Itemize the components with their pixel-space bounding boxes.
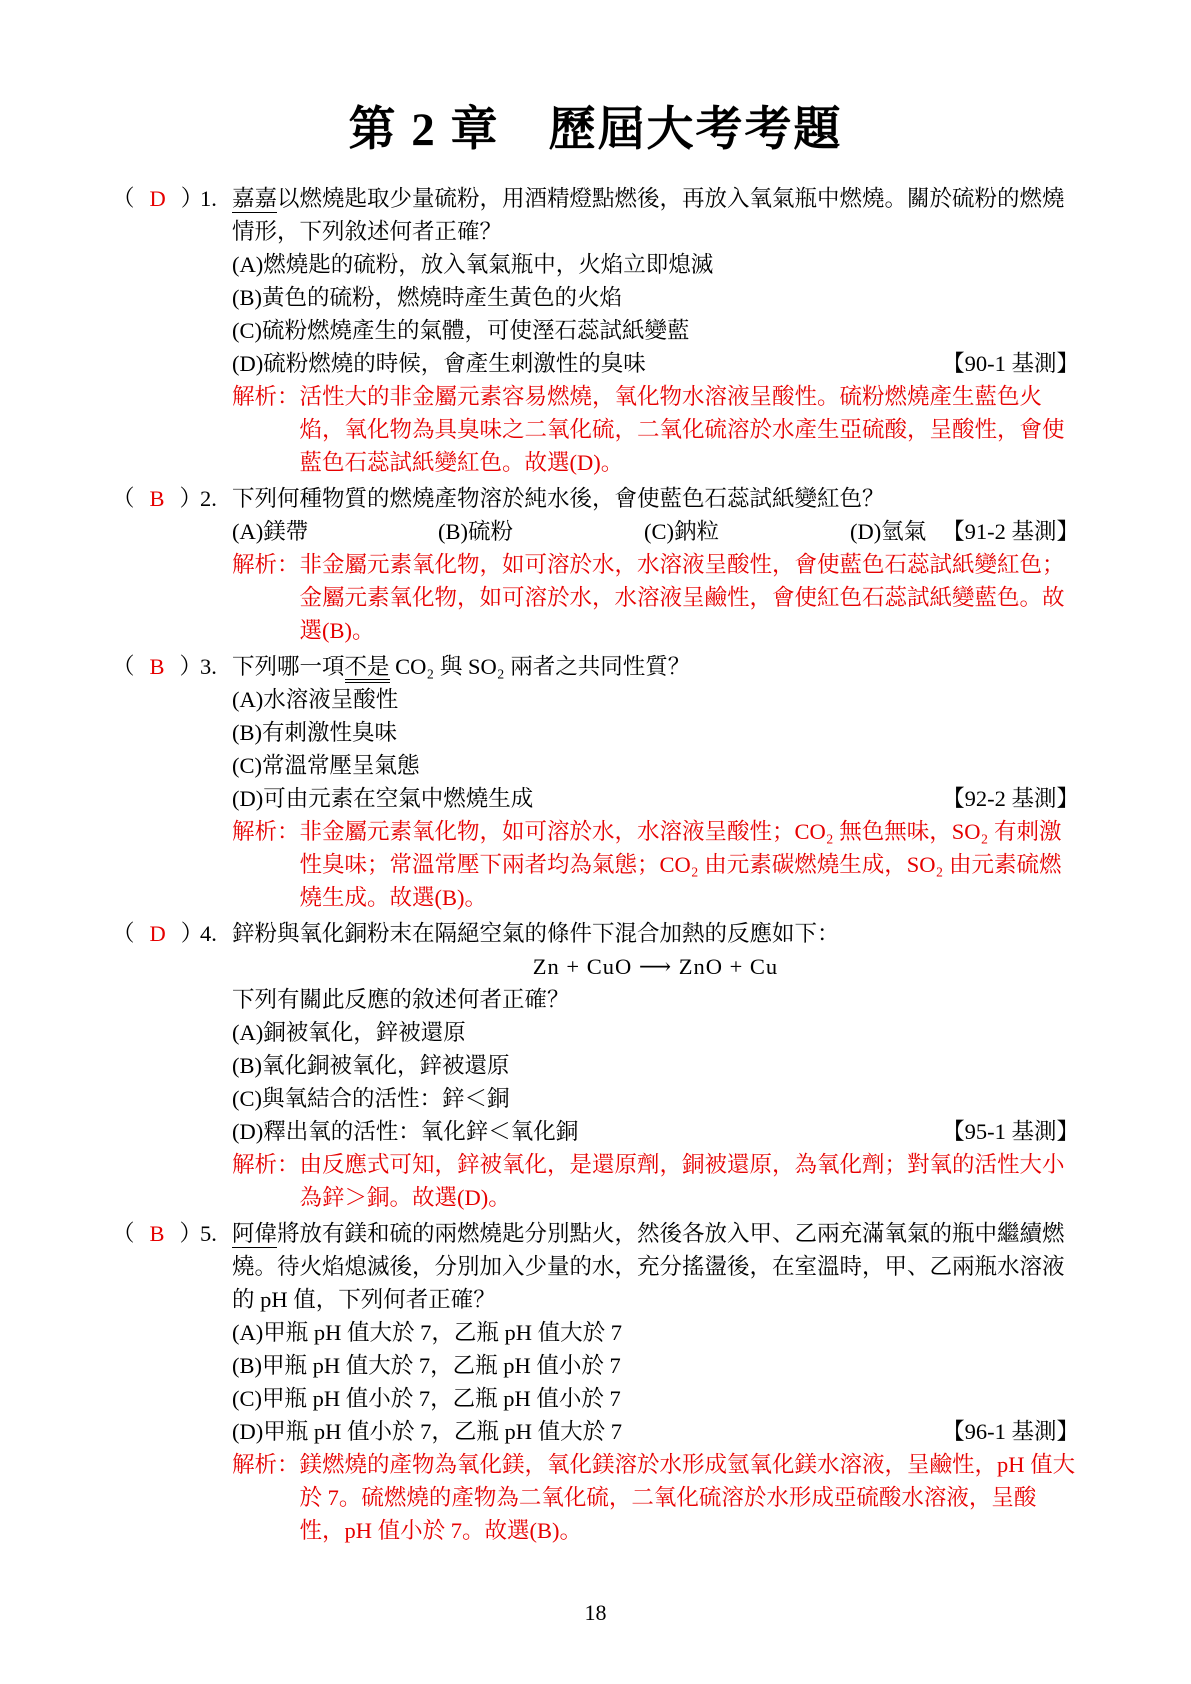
option-text: 氧化銅被氧化，鋅被還原 <box>262 1053 510 1078</box>
option-label: (C) <box>232 753 262 778</box>
answer-open-paren: （ <box>112 921 135 946</box>
option-label: (C) <box>644 519 674 544</box>
option-line: (B)有刺激性臭味 <box>232 716 1079 749</box>
answer-letter: B <box>135 486 180 511</box>
answer-cell: （B） <box>112 482 200 647</box>
option-label: (A) <box>232 252 263 277</box>
question: （B）5.阿偉將放有鎂和硫的兩燃燒匙分別點火，然後各放入甲、乙兩充滿氧氣的瓶中繼… <box>112 1217 1079 1547</box>
option-line: (A)水溶液呈酸性 <box>232 683 1079 716</box>
analysis-text: 鎂燃燒的產物為氧化鎂，氧化鎂溶於水形成氫氧化鎂水溶液，呈鹼性，pH 值大於 7。… <box>300 1448 1079 1547</box>
option-label: (D) <box>850 519 881 544</box>
answer-cell: （B） <box>112 650 200 914</box>
option-line: (C)硫粉燃燒產生的氣體，可使溼石蕊試紙變藍 <box>232 314 1079 347</box>
option-D: (D)氫氣 <box>850 515 926 548</box>
option-B: (B)有刺激性臭味 <box>232 716 397 749</box>
option-C: (C)鈉粒 <box>644 515 850 548</box>
answer-open-paren: （ <box>112 1221 135 1246</box>
option-C: (C)硫粉燃燒產生的氣體，可使溼石蕊試紙變藍 <box>232 314 690 347</box>
option-line: (B)黃色的硫粉，燃燒時產生黃色的火焰 <box>232 281 1079 314</box>
option-line: (D)硫粉燃燒的時候，會產生刺激性的臭味【90-1 基測】 <box>232 347 1079 380</box>
answer-cell: （D） <box>112 917 200 1214</box>
option-label: (B) <box>232 1053 262 1078</box>
question-body: 阿偉將放有鎂和硫的兩燃燒匙分別點火，然後各放入甲、乙兩充滿氧氣的瓶中繼續燃燒。待… <box>232 1217 1079 1547</box>
option-D: (D)甲瓶 pH 值小於 7，乙瓶 pH 值大於 7 <box>232 1415 622 1448</box>
stem-text: 下列何種物質的燃燒產物溶於純水後，會使藍色石蕊試紙變紅色？ <box>232 486 885 511</box>
option-D: (D)硫粉燃燒的時候，會產生刺激性的臭味 <box>232 347 646 380</box>
source-tag: 【91-2 基測】 <box>942 515 1079 548</box>
option-line: (D)甲瓶 pH 值小於 7，乙瓶 pH 值大於 7【96-1 基測】 <box>232 1415 1079 1448</box>
option-line: (D)可由元素在空氣中燃燒生成【92-2 基測】 <box>232 782 1079 815</box>
option-label: (D) <box>232 1419 263 1444</box>
option-text: 鈉粒 <box>674 519 719 544</box>
option-text: 硫粉 <box>468 519 513 544</box>
option-A: (A)鎂帶 <box>232 515 438 548</box>
question: （D）4.鋅粉與氧化銅粉末在隔絕空氣的條件下混合加熱的反應如下：Zn + CuO… <box>112 917 1079 1214</box>
question-body: 下列何種物質的燃燒產物溶於純水後，會使藍色石蕊試紙變紅色？(A)鎂帶(B)硫粉(… <box>232 482 1079 647</box>
source-tag: 【95-1 基測】 <box>942 1115 1079 1148</box>
option-text: 與氧結合的活性：鋅＜銅 <box>262 1086 510 1111</box>
underlined-text: 嘉嘉 <box>232 186 277 213</box>
option-text: 水溶液呈酸性 <box>263 687 398 712</box>
analysis-block: 解析：鎂燃燒的產物為氧化鎂，氧化鎂溶於水形成氫氧化鎂水溶液，呈鹼性，pH 值大於… <box>232 1448 1079 1547</box>
answer-open-paren: （ <box>112 186 135 211</box>
option-label: (B) <box>232 720 262 745</box>
option-line: (B)甲瓶 pH 值大於 7，乙瓶 pH 值小於 7 <box>232 1349 1079 1382</box>
option-text: 釋出氧的活性：氧化鋅＜氧化銅 <box>263 1119 578 1144</box>
analysis-block: 解析：非金屬元素氧化物，如可溶於水，水溶液呈酸性，會使藍色石蕊試紙變紅色；金屬元… <box>232 548 1079 647</box>
underlined-text: 阿偉 <box>232 1221 277 1248</box>
question: （B）3.下列哪一項不是 CO₂ 與 SO₂ 兩者之共同性質？(A)水溶液呈酸性… <box>112 650 1079 914</box>
answer-cell: （B） <box>112 1217 200 1547</box>
answer-close-paren: ） <box>180 654 203 679</box>
option-label: (B) <box>232 1353 262 1378</box>
option-C: (C)與氧結合的活性：鋅＜銅 <box>232 1082 510 1115</box>
option-A: (A)水溶液呈酸性 <box>232 683 398 716</box>
document-page: 第 2 章 歷屆大考考題 （D）1.嘉嘉以燃燒匙取少量硫粉，用酒精燈點燃後，再放… <box>0 0 1191 1684</box>
option-B: (B)氧化銅被氧化，鋅被還原 <box>232 1049 510 1082</box>
option-label: (A) <box>232 687 263 712</box>
answer-letter: B <box>135 1221 180 1246</box>
page-number: 18 <box>0 1600 1191 1626</box>
option-line: (B)氧化銅被氧化，鋅被還原 <box>232 1049 1079 1082</box>
question-number: 1. <box>200 182 232 479</box>
option-text: 甲瓶 pH 值大於 7，乙瓶 pH 值小於 7 <box>262 1353 621 1378</box>
analysis-label: 解析： <box>232 380 300 479</box>
stem-text: 以燃燒匙取少量硫粉，用酒精燈點燃後，再放入氧氣瓶中燃燒。關於硫粉的燃燒情形，下列… <box>232 186 1065 244</box>
option-label: (A) <box>232 1020 263 1045</box>
option-text: 甲瓶 pH 值小於 7，乙瓶 pH 值小於 7 <box>262 1386 621 1411</box>
option-text: 硫粉燃燒的時候，會產生刺激性的臭味 <box>263 351 646 376</box>
answer-close-paren: ） <box>180 1221 203 1246</box>
option-text: 鎂帶 <box>263 519 308 544</box>
option-D: (D)可由元素在空氣中燃燒生成 <box>232 782 533 815</box>
option-text: 甲瓶 pH 值小於 7，乙瓶 pH 值大於 7 <box>263 1419 622 1444</box>
option-A: (A)銅被氧化，鋅被還原 <box>232 1016 466 1049</box>
option-text: 銅被氧化，鋅被還原 <box>263 1020 466 1045</box>
answer-letter: B <box>135 654 180 679</box>
option-label: (D) <box>232 351 263 376</box>
stem-text: 將放有鎂和硫的兩燃燒匙分別點火，然後各放入甲、乙兩充滿氧氣的瓶中繼續燃燒。待火焰… <box>232 1221 1065 1312</box>
analysis-label: 解析： <box>232 548 300 647</box>
question: （B）2.下列何種物質的燃燒產物溶於純水後，會使藍色石蕊試紙變紅色？(A)鎂帶(… <box>112 482 1079 647</box>
option-line: (A)甲瓶 pH 值大於 7，乙瓶 pH 值大於 7 <box>232 1316 1079 1349</box>
option-text: 氫氣 <box>881 519 926 544</box>
chemical-equation: Zn + CuO ⟶ ZnO + Cu <box>232 950 1079 983</box>
option-line: (A)燃燒匙的硫粉，放入氧氣瓶中，火焰立即熄滅 <box>232 248 1079 281</box>
underlined-text: 不是 <box>345 654 390 683</box>
option-label: (D) <box>232 1119 263 1144</box>
option-A: (A)甲瓶 pH 值大於 7，乙瓶 pH 值大於 7 <box>232 1316 622 1349</box>
analysis-block: 解析：活性大的非金屬元素容易燃燒，氧化物水溶液呈酸性。硫粉燃燒產生藍色火焰，氧化… <box>232 380 1079 479</box>
option-line: (C)甲瓶 pH 值小於 7，乙瓶 pH 值小於 7 <box>232 1382 1079 1415</box>
chapter-title: 第 2 章 歷屆大考考題 <box>112 100 1079 160</box>
question-body: 下列哪一項不是 CO₂ 與 SO₂ 兩者之共同性質？(A)水溶液呈酸性(B)有刺… <box>232 650 1079 914</box>
analysis-block: 解析：非金屬元素氧化物，如可溶於水，水溶液呈酸性；CO₂ 無色無味，SO₂ 有刺… <box>232 815 1079 914</box>
question-list: （D）1.嘉嘉以燃燒匙取少量硫粉，用酒精燈點燃後，再放入氧氣瓶中燃燒。關於硫粉的… <box>112 182 1079 1547</box>
option-B: (B)硫粉 <box>438 515 644 548</box>
option-label: (A) <box>232 519 263 544</box>
option-label: (B) <box>438 519 468 544</box>
option-text: 黃色的硫粉，燃燒時產生黃色的火焰 <box>262 285 622 310</box>
option-A: (A)燃燒匙的硫粉，放入氧氣瓶中，火焰立即熄滅 <box>232 248 713 281</box>
question-stem: 下列哪一項不是 CO₂ 與 SO₂ 兩者之共同性質？ <box>232 650 1079 683</box>
analysis-block: 解析：由反應式可知，鋅被氧化，是還原劑，銅被還原，為氧化劑；對氧的活性大小為鋅＞… <box>232 1148 1079 1214</box>
option-line: (D)釋出氧的活性：氧化鋅＜氧化銅【95-1 基測】 <box>232 1115 1079 1148</box>
option-text: 常溫常壓呈氣態 <box>262 753 420 778</box>
question-stem: 下列何種物質的燃燒產物溶於純水後，會使藍色石蕊試紙變紅色？ <box>232 482 1079 515</box>
option-text: 甲瓶 pH 值大於 7，乙瓶 pH 值大於 7 <box>263 1320 622 1345</box>
options-row: (A)鎂帶(B)硫粉(C)鈉粒(D)氫氣【91-2 基測】 <box>232 515 1079 548</box>
question-number: 2. <box>200 482 232 647</box>
stem-text: 下列哪一項 <box>232 654 345 679</box>
option-text: 可由元素在空氣中燃燒生成 <box>263 786 533 811</box>
option-B: (B)甲瓶 pH 值大於 7，乙瓶 pH 值小於 7 <box>232 1349 621 1382</box>
analysis-text: 非金屬元素氧化物，如可溶於水，水溶液呈酸性；CO₂ 無色無味，SO₂ 有刺激性臭… <box>300 815 1079 914</box>
analysis-text: 由反應式可知，鋅被氧化，是還原劑，銅被還原，為氧化劑；對氧的活性大小為鋅＞銅。故… <box>300 1148 1079 1214</box>
option-label: (D) <box>232 786 263 811</box>
analysis-label: 解析： <box>232 1148 300 1214</box>
question-stem: 阿偉將放有鎂和硫的兩燃燒匙分別點火，然後各放入甲、乙兩充滿氧氣的瓶中繼續燃燒。待… <box>232 1217 1079 1316</box>
option-B: (B)黃色的硫粉，燃燒時產生黃色的火焰 <box>232 281 622 314</box>
question-number: 5. <box>200 1217 232 1547</box>
question-number: 3. <box>200 650 232 914</box>
question: （D）1.嘉嘉以燃燒匙取少量硫粉，用酒精燈點燃後，再放入氧氣瓶中燃燒。關於硫粉的… <box>112 182 1079 479</box>
option-label: (C) <box>232 1086 262 1111</box>
question-stem: 鋅粉與氧化銅粉末在隔絕空氣的條件下混合加熱的反應如下： <box>232 917 1079 950</box>
analysis-label: 解析： <box>232 1448 300 1547</box>
source-tag: 【92-2 基測】 <box>942 782 1079 815</box>
page-content: 第 2 章 歷屆大考考題 （D）1.嘉嘉以燃燒匙取少量硫粉，用酒精燈點燃後，再放… <box>112 100 1079 1547</box>
answer-close-paren: ） <box>180 486 203 511</box>
answer-letter: D <box>135 921 181 946</box>
option-C: (C)常溫常壓呈氣態 <box>232 749 420 782</box>
question-number: 4. <box>200 917 232 1214</box>
stem-text: 鋅粉與氧化銅粉末在隔絕空氣的條件下混合加熱的反應如下： <box>232 921 840 946</box>
answer-cell: （D） <box>112 182 200 479</box>
option-C: (C)甲瓶 pH 值小於 7，乙瓶 pH 值小於 7 <box>232 1382 621 1415</box>
analysis-label: 解析： <box>232 815 300 914</box>
option-text: 硫粉燃燒產生的氣體，可使溼石蕊試紙變藍 <box>262 318 690 343</box>
question-body: 嘉嘉以燃燒匙取少量硫粉，用酒精燈點燃後，再放入氧氣瓶中燃燒。關於硫粉的燃燒情形，… <box>232 182 1079 479</box>
option-line: (C)與氧結合的活性：鋅＜銅 <box>232 1082 1079 1115</box>
answer-open-paren: （ <box>112 486 135 511</box>
stem-text: CO₂ 與 SO₂ 兩者之共同性質？ <box>390 654 691 679</box>
option-label: (C) <box>232 1386 262 1411</box>
answer-letter: D <box>135 186 181 211</box>
option-label: (B) <box>232 285 262 310</box>
question-stem: 嘉嘉以燃燒匙取少量硫粉，用酒精燈點燃後，再放入氧氣瓶中燃燒。關於硫粉的燃燒情形，… <box>232 182 1079 248</box>
option-label: (A) <box>232 1320 263 1345</box>
option-text: 有刺激性臭味 <box>262 720 397 745</box>
analysis-text: 非金屬元素氧化物，如可溶於水，水溶液呈酸性，會使藍色石蕊試紙變紅色；金屬元素氧化… <box>300 548 1079 647</box>
option-D: (D)釋出氧的活性：氧化鋅＜氧化銅 <box>232 1115 578 1148</box>
analysis-text: 活性大的非金屬元素容易燃燒，氧化物水溶液呈酸性。硫粉燃燒產生藍色火焰，氧化物為具… <box>300 380 1079 479</box>
option-line: (C)常溫常壓呈氣態 <box>232 749 1079 782</box>
source-tag: 【96-1 基測】 <box>942 1415 1079 1448</box>
source-tag: 【90-1 基測】 <box>942 347 1079 380</box>
answer-open-paren: （ <box>112 654 135 679</box>
option-label: (C) <box>232 318 262 343</box>
option-line: (A)銅被氧化，鋅被還原 <box>232 1016 1079 1049</box>
question-stem-continued: 下列有關此反應的敘述何者正確？ <box>232 983 1079 1016</box>
question-body: 鋅粉與氧化銅粉末在隔絕空氣的條件下混合加熱的反應如下：Zn + CuO ⟶ Zn… <box>232 917 1079 1214</box>
option-text: 燃燒匙的硫粉，放入氧氣瓶中，火焰立即熄滅 <box>263 252 713 277</box>
